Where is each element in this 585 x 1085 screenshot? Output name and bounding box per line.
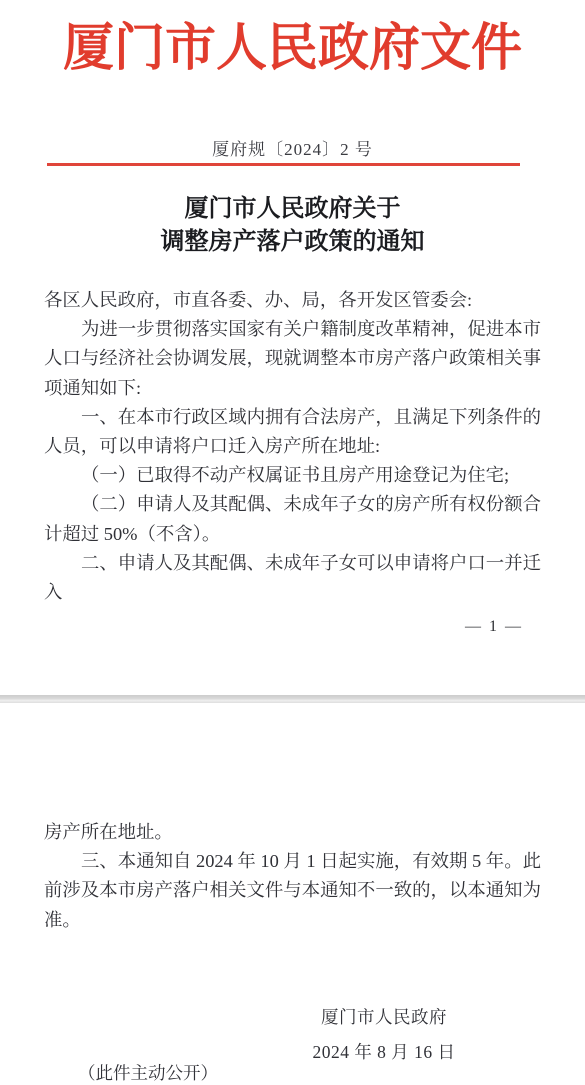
paragraph-item-1-1: （一）已取得不动产权属证书且房产用途登记为住宅; [44,461,541,490]
salutation: 各区人民政府，市直各委、办、局，各开发区管委会: [44,286,541,315]
document-number: 厦府规〔2024〕2 号 [0,135,585,160]
paragraph-item-2-continuation: 房产所在地址。 [44,818,541,847]
page1-body: 各区人民政府，市直各委、办、局，各开发区管委会: 为进一步贯彻落实国家有关户籍制… [44,286,541,607]
notice-title-line1: 厦门市人民政府关于 [0,193,585,226]
red-letterhead-title: 厦门市人民政府文件 [0,6,585,80]
page2-body: 房产所在地址。 三、本通知自 2024 年 10 月 1 日起实施，有效期 5 … [44,818,541,935]
page-break-separator [0,695,585,703]
paragraph-item-1: 一、在本市行政区域内拥有合法房产，且满足下列条件的人员，可以申请将户口迁入房产所… [44,403,541,461]
paragraph-item-2: 二、申请人及其配偶、未成年子女可以申请将户口一并迁入 [44,549,541,607]
issuing-authority: 厦门市人民政府 [294,1004,474,1029]
paragraph-intro: 为进一步贯彻落实国家有关户籍制度改革精神，促进本市人口与经济社会协调发展，现就调… [44,315,541,403]
notice-title-line2: 调整房产落户政策的通知 [0,226,585,259]
page-number: — 1 — [465,618,523,636]
paragraph-item-1-2: （二）申请人及其配偶、未成年子女的房产所有权份额合计超过 50%（不含）。 [44,490,541,548]
red-divider-line [47,163,520,166]
scanned-document: 厦门市人民政府文件 厦府规〔2024〕2 号 厦门市人民政府关于 调整房产落户政… [0,0,585,1085]
notice-title: 厦门市人民政府关于 调整房产落户政策的通知 [0,193,585,259]
public-disclosure-note: （此件主动公开） [78,1060,218,1085]
issue-date: 2024 年 8 月 16 日 [294,1039,474,1064]
paragraph-item-3: 三、本通知自 2024 年 10 月 1 日起实施，有效期 5 年。此前涉及本市… [44,847,541,935]
signature-block: 厦门市人民政府 2024 年 8 月 16 日 [294,1004,474,1064]
